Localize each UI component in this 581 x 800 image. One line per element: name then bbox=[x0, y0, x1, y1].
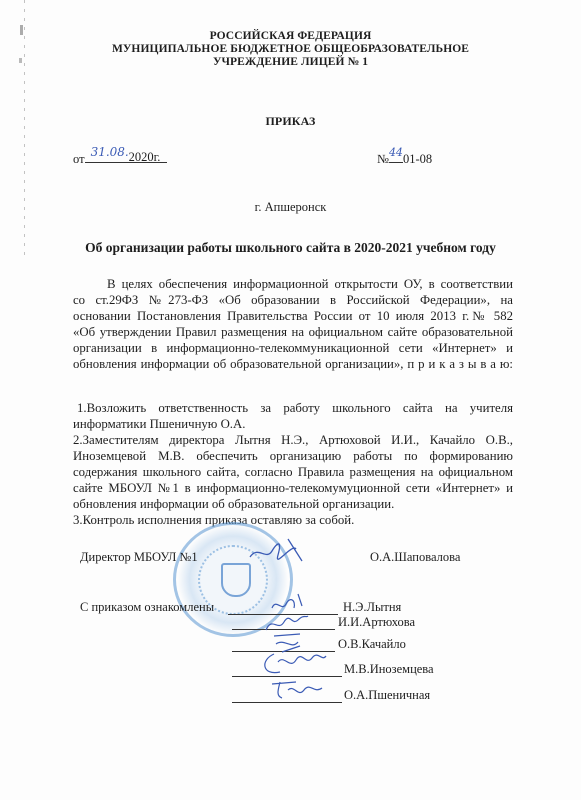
header-institution-line1: МУНИЦИПАЛЬНОЕ БЮДЖЕТНОЕ ОБЩЕОБРАЗОВАТЕЛЬ… bbox=[0, 43, 581, 56]
order-item-line: содержания школьного сайта, согласно Пра… bbox=[73, 464, 513, 480]
order-item-line: 2.Заместителям директора Лытня Н.Э., Арт… bbox=[73, 432, 513, 448]
order-item-line: информатики Пшеничную О.А. bbox=[73, 416, 513, 432]
date-field: 31.08.2020г. bbox=[85, 150, 167, 163]
director-name: О.А.Шаповалова bbox=[370, 550, 460, 565]
order-item-line: 3.Контроль исполнения приказа оставляю з… bbox=[73, 512, 513, 528]
preamble-line: «Об утверждении Правил размещения на офи… bbox=[73, 324, 513, 340]
preamble-line: организации в информационно-телекоммуник… bbox=[73, 340, 513, 356]
preamble-line: В целях обеспечения информационной откры… bbox=[107, 276, 513, 292]
document-page: РОССИЙСКАЯ ФЕДЕРАЦИЯ МУНИЦИПАЛЬНОЕ БЮДЖЕ… bbox=[0, 0, 581, 800]
signature bbox=[268, 676, 328, 709]
number-handwritten: 44 bbox=[389, 146, 403, 159]
header-institution-line2: УЧРЕЖДЕНИЕ ЛИЦЕЙ № 1 bbox=[0, 56, 581, 69]
preamble-line: обновления информации об образовательной… bbox=[73, 356, 513, 372]
order-item-line: сайте МБОУЛ №1 в информационно-телекомум… bbox=[73, 480, 513, 496]
preamble-line: со ст.29ФЗ №273-ФЗ «Об образовании в Рос… bbox=[73, 292, 513, 308]
date-handwritten: 31.08. bbox=[91, 145, 129, 159]
doc-type-title: ПРИКАЗ bbox=[0, 115, 581, 128]
date-year: 2020г. bbox=[129, 150, 161, 165]
acknowledged-label: С приказом ознакомлены bbox=[80, 600, 214, 615]
acknowledged-name: О.В.Качайло bbox=[338, 637, 406, 652]
order-item-line: обновления информации об образовательной… bbox=[73, 496, 513, 512]
date-prefix: от bbox=[73, 152, 85, 166]
preamble-line: основании Постановления Правительства Ро… bbox=[73, 308, 513, 324]
city: г. Апшеронск bbox=[0, 200, 581, 215]
acknowledged-name: Н.Э.Лытня bbox=[343, 600, 401, 615]
acknowledged-name: М.В.Иноземцева bbox=[344, 662, 434, 677]
number-field: 44 bbox=[389, 150, 403, 163]
stamp-emblem-icon bbox=[221, 563, 251, 597]
order-item-line: Иноземцевой М.В. обеспечить организацию … bbox=[73, 448, 513, 464]
order-title: Об организации работы школьного сайта в … bbox=[0, 240, 581, 256]
header-country: РОССИЙСКАЯ ФЕДЕРАЦИЯ bbox=[0, 30, 581, 43]
director-signature bbox=[248, 535, 308, 570]
order-number: №4401-08 bbox=[377, 150, 432, 167]
director-title: Директор МБОУЛ №1 bbox=[80, 550, 198, 565]
number-prefix: № bbox=[377, 152, 389, 166]
order-date: от31.08.2020г. bbox=[73, 150, 167, 167]
acknowledged-name: И.И.Артюхова bbox=[338, 615, 415, 630]
acknowledged-name: О.А.Пшеничная bbox=[344, 688, 430, 703]
number-suffix: 01-08 bbox=[403, 152, 432, 166]
order-item-line: 1.Возложить ответственность за работу шк… bbox=[77, 400, 513, 416]
